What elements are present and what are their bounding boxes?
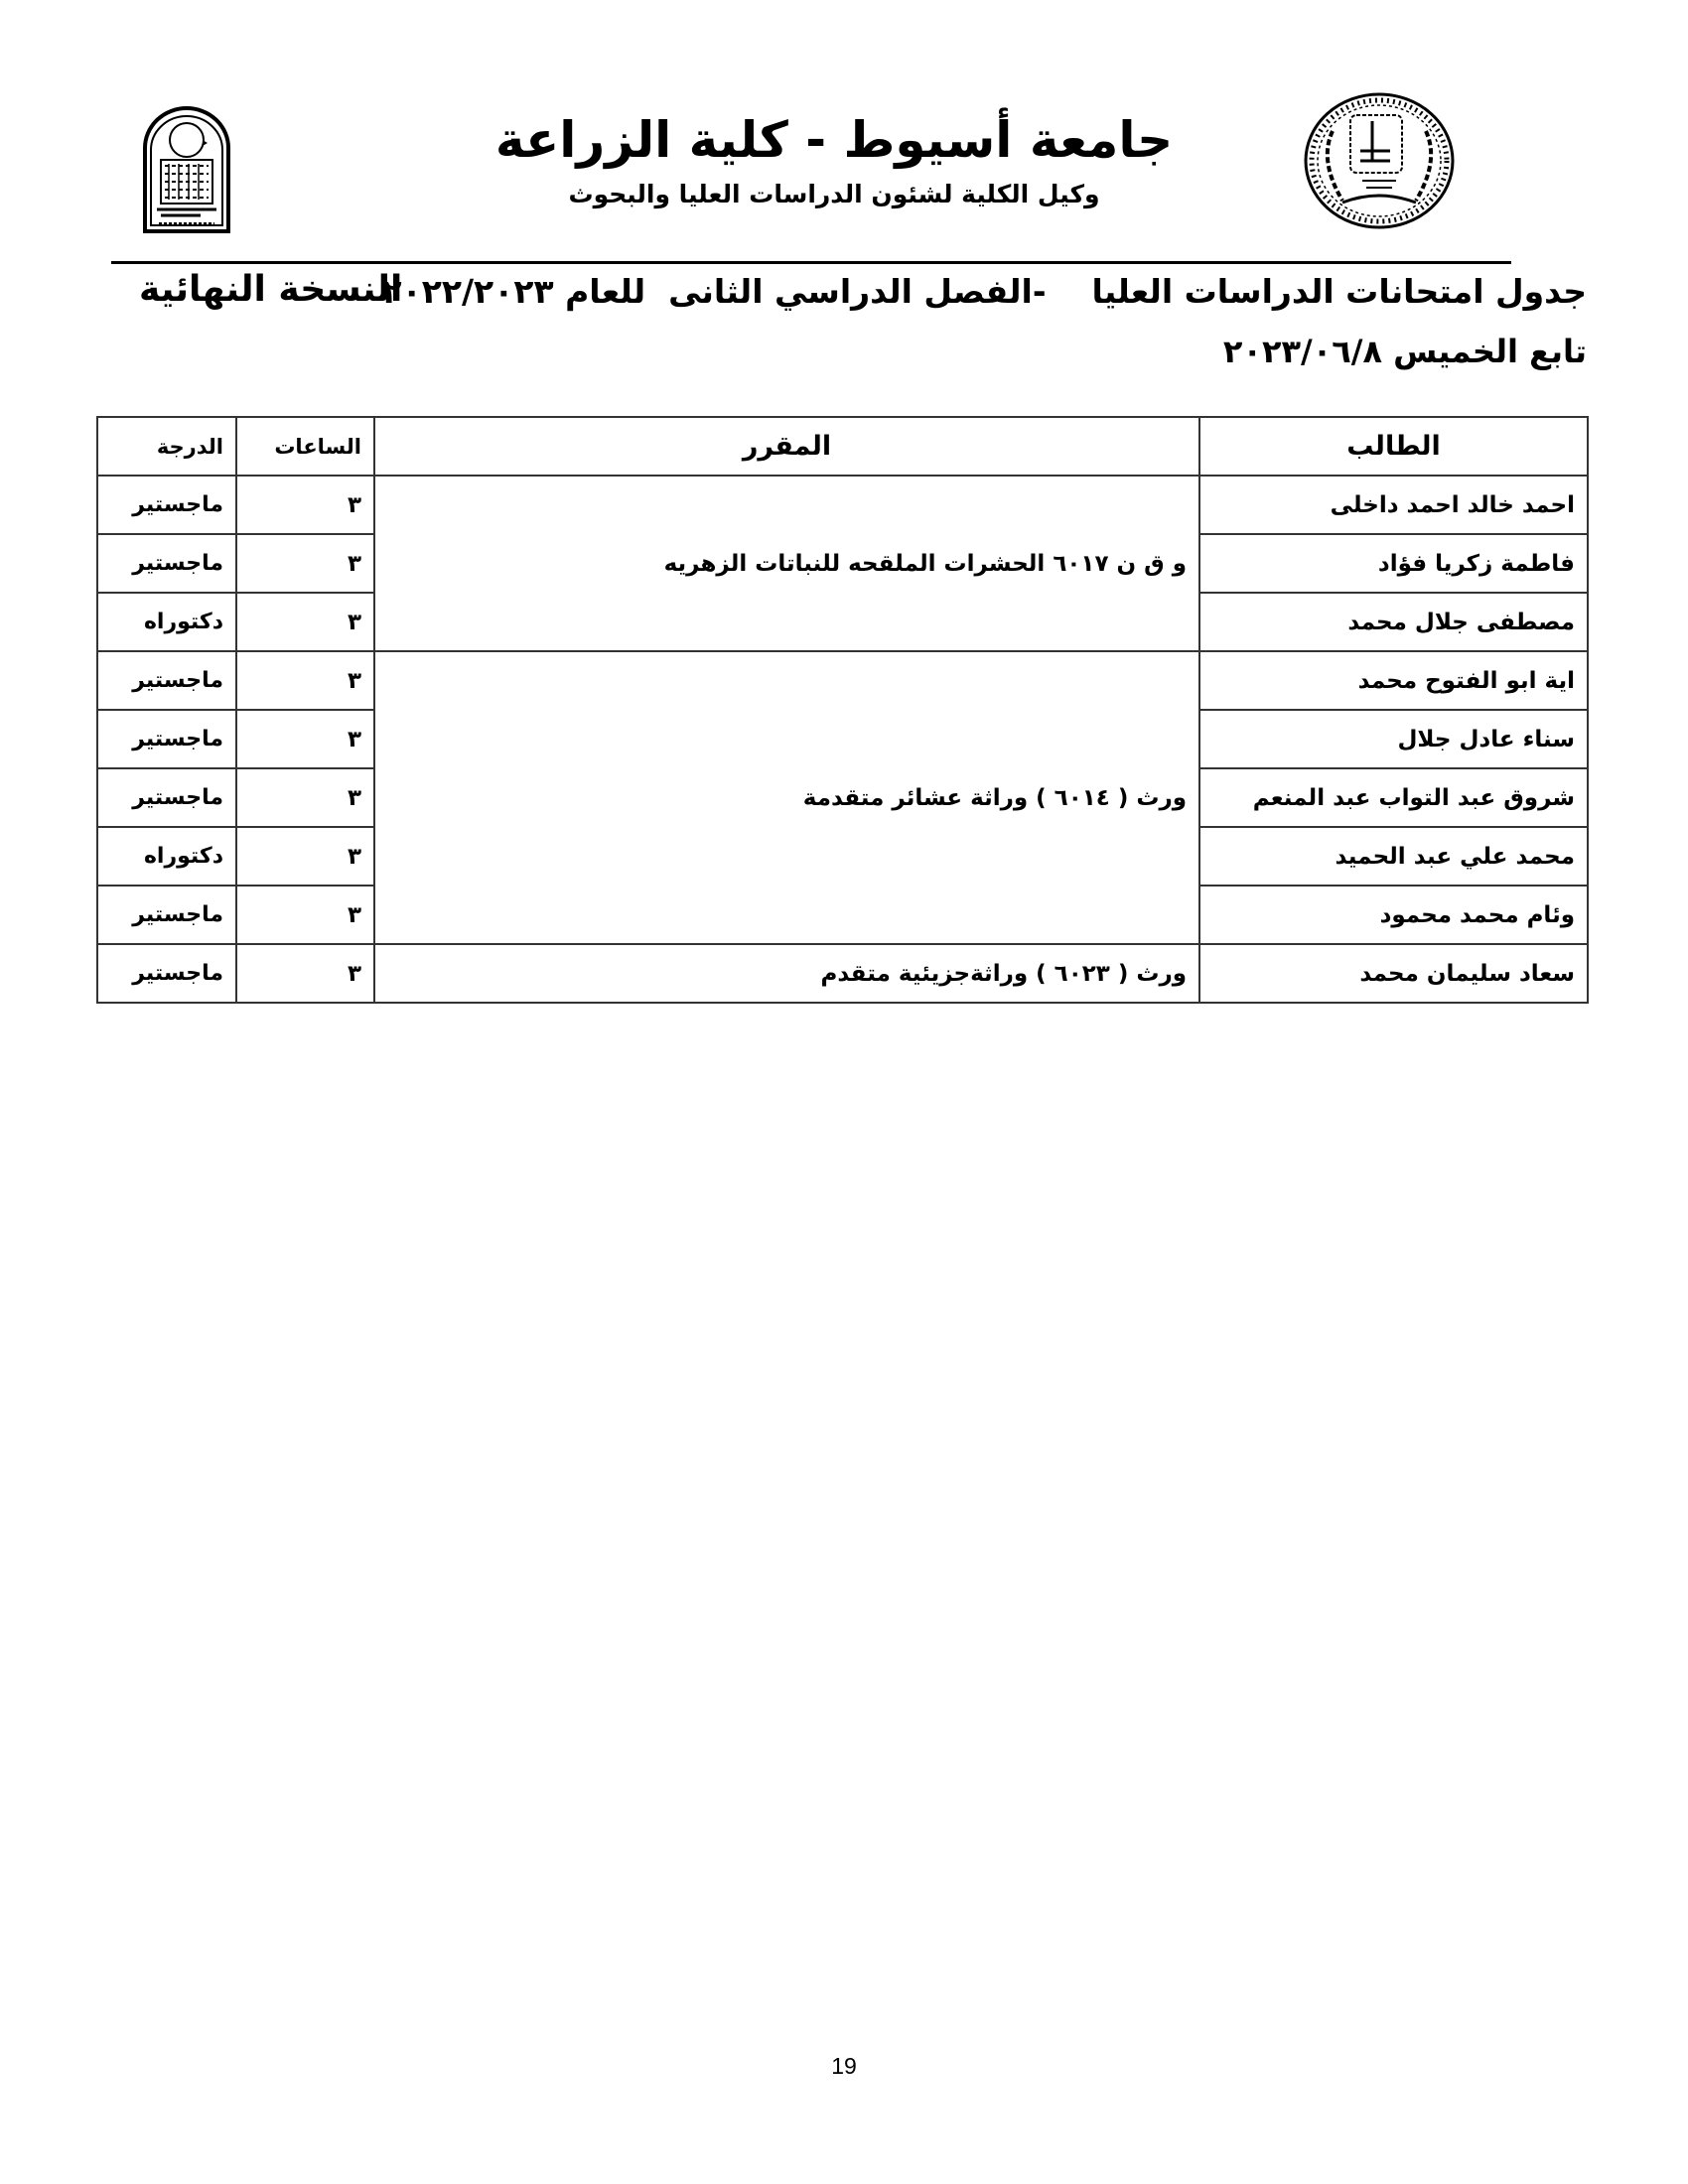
degree-cell: ماجستير: [97, 534, 236, 593]
degree-cell: دكتوراه: [97, 593, 236, 651]
degree-cell: ماجستير: [97, 476, 236, 534]
table-row: اية ابو الفتوح محمد ورث ( ٦٠١٤ ) وراثة ع…: [97, 651, 1588, 710]
column-header-hours: الساعات: [236, 417, 374, 476]
hours-cell: ٣: [236, 593, 374, 651]
student-name: فاطمة زكريا فؤاد: [1199, 534, 1588, 593]
course-cell: ورث ( ٦٠٢٣ ) وراثةجزيئية متقدم: [374, 944, 1199, 1003]
date-line: تابع الخميس ٢٠٢٣/٠٦/٨: [892, 326, 1587, 377]
hours-cell: ٣: [236, 476, 374, 534]
hours-cell: ٣: [236, 827, 374, 886]
student-name: شروق عبد التواب عبد المنعم: [1199, 768, 1588, 827]
hours-cell: ٣: [236, 768, 374, 827]
student-name: مصطفى جلال محمد: [1199, 593, 1588, 651]
hours-cell: ٣: [236, 710, 374, 768]
student-name: اية ابو الفتوح محمد: [1199, 651, 1588, 710]
degree-cell: ماجستير: [97, 651, 236, 710]
course-cell: ورث ( ٦٠١٤ ) وراثة عشائر متقدمة: [374, 651, 1199, 944]
student-name: احمد خالد احمد داخلى: [1199, 476, 1588, 534]
office-subtitle: وكيل الكلية لشئون الدراسات العليا والبحو…: [496, 175, 1172, 214]
schedule-heading: جدول امتحانات الدراسات العليا -الفصل الد…: [594, 264, 1587, 320]
student-name: سناء عادل جلال: [1199, 710, 1588, 768]
faculty-seal-icon: [1303, 91, 1457, 230]
degree-cell: ماجستير: [97, 886, 236, 944]
student-name: محمد علي عبد الحميد: [1199, 827, 1588, 886]
column-header-degree: الدرجة: [97, 417, 236, 476]
hours-cell: ٣: [236, 886, 374, 944]
hours-cell: ٣: [236, 534, 374, 593]
column-header-student: الطالب: [1199, 417, 1588, 476]
hours-cell: ٣: [236, 651, 374, 710]
table-row: احمد خالد احمد داخلى و ق ن ٦٠١٧ الحشرات …: [97, 476, 1588, 534]
exam-schedule-table: الطالب المقرر الساعات الدرجة احمد خالد ا…: [96, 416, 1589, 1004]
university-emblem-icon: [139, 104, 234, 233]
degree-cell: ماجستير: [97, 768, 236, 827]
student-name: سعاد سليمان محمد: [1199, 944, 1588, 1003]
degree-cell: ماجستير: [97, 710, 236, 768]
degree-cell: ماجستير: [97, 944, 236, 1003]
hours-cell: ٣: [236, 944, 374, 1003]
table-header-row: الطالب المقرر الساعات الدرجة: [97, 417, 1588, 476]
student-name: وئام محمد محمود: [1199, 886, 1588, 944]
page-number: 19: [794, 2051, 894, 2081]
course-cell: و ق ن ٦٠١٧ الحشرات الملقحه للنباتات الزه…: [374, 476, 1199, 651]
degree-cell: دكتوراه: [97, 827, 236, 886]
version-label: النسخة النهائية: [139, 262, 407, 318]
column-header-course: المقرر: [374, 417, 1199, 476]
university-title: جامعة أسيوط - كلية الزراعة: [467, 107, 1201, 173]
table-row: سعاد سليمان محمد ورث ( ٦٠٢٣ ) وراثةجزيئي…: [97, 944, 1588, 1003]
